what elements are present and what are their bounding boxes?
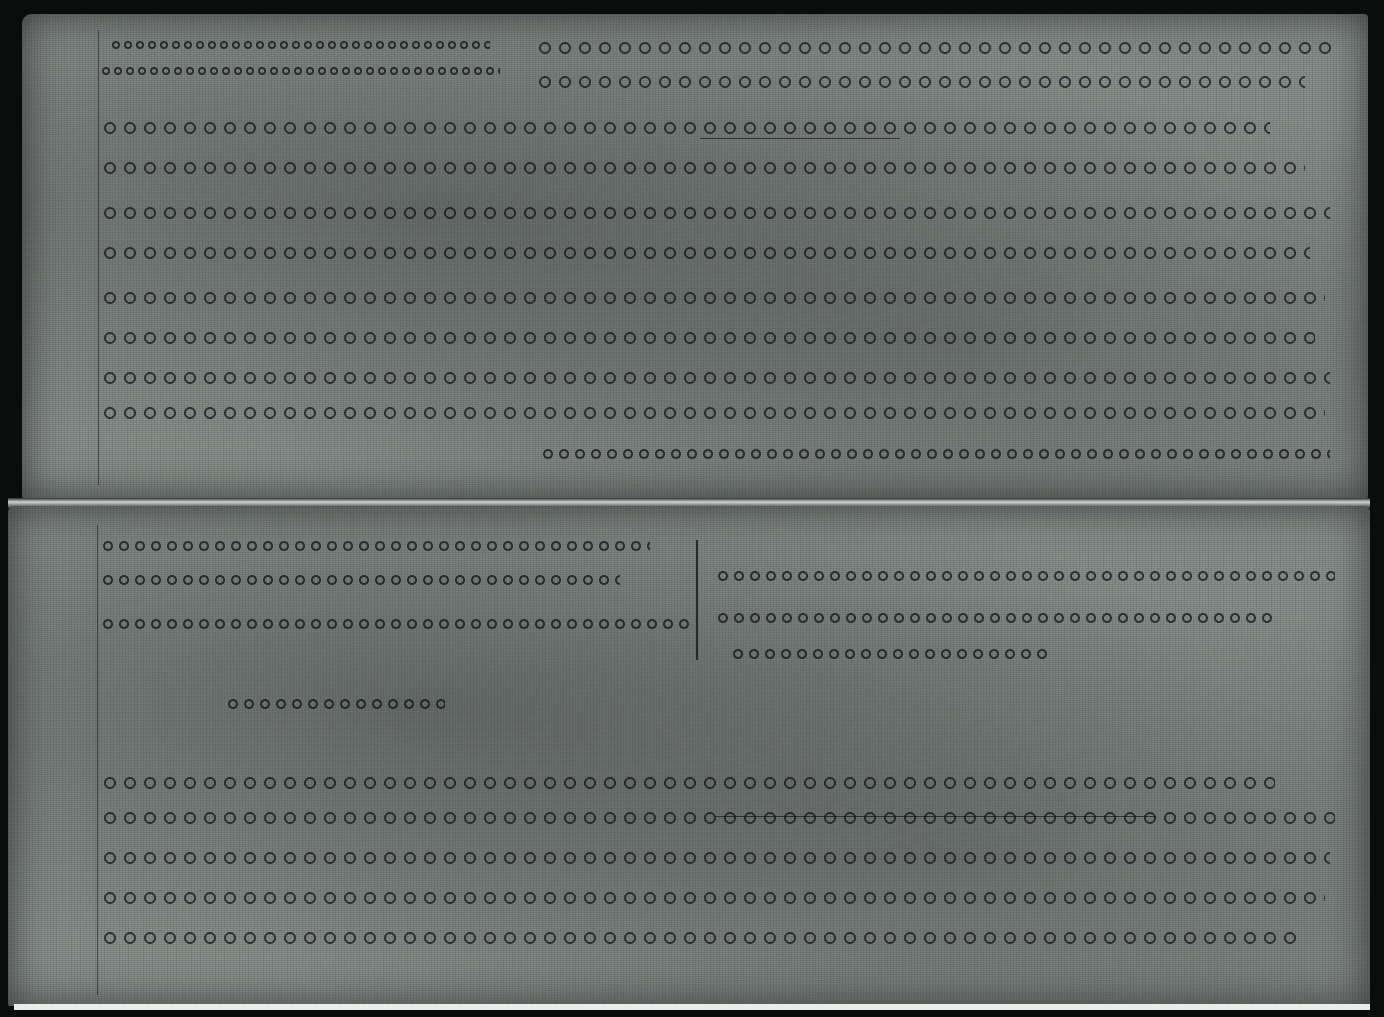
ink-strokes <box>715 571 1335 582</box>
handwritten-line: ... <box>100 610 690 638</box>
ink-strokes <box>535 75 1305 89</box>
handwritten-line: ... <box>100 532 650 560</box>
ink-strokes <box>100 891 1325 905</box>
handwritten-line: ... <box>100 920 1300 956</box>
ink-strokes <box>100 811 1335 825</box>
ink-strokes <box>540 449 1330 460</box>
handwritten-line: ... <box>100 320 1315 356</box>
ink-strokes <box>100 291 1325 305</box>
ink-strokes <box>100 619 690 630</box>
ink-strokes <box>100 371 1330 385</box>
handwritten-line: ... <box>100 800 1335 836</box>
ink-strokes <box>730 649 1050 660</box>
handwritten-line: ... <box>730 640 1050 668</box>
ink-strokes <box>100 851 1330 865</box>
ink-strokes <box>100 331 1315 345</box>
column-divider <box>696 540 698 660</box>
margin-rule-bottom <box>97 525 98 995</box>
handwritten-line: ... <box>100 880 1325 916</box>
handwritten-line: ... <box>100 235 1310 271</box>
ink-strokes <box>100 206 1330 220</box>
margin-rule-top <box>98 30 99 485</box>
page-edge <box>14 1004 1370 1010</box>
handwritten-line: ... မြို့ ... <box>100 60 500 82</box>
handwritten-line: ဗုဒ္ဓ ... မြို့ ... <box>110 34 490 56</box>
handwritten-line: ... မြို့ ... <box>535 64 1305 100</box>
ink-strokes <box>715 613 1275 624</box>
handwritten-line: ... <box>100 840 1330 876</box>
ink-strokes <box>100 406 1325 420</box>
ink-strokes <box>100 541 650 552</box>
ink-strokes <box>100 161 1305 175</box>
handwritten-line: ... ပြန်တမ်း <box>225 690 445 718</box>
handwritten-line: ... <box>100 395 1325 431</box>
handwritten-line: ... <box>100 150 1305 186</box>
handwritten-line: ... <box>100 280 1325 316</box>
handwritten-line: ဘုန်းတော်အလွန်ကြီး ... <box>100 765 1275 801</box>
handwritten-line: အမိန့်တော်ရှိသည် ... <box>100 110 1270 146</box>
handwritten-line: ... <box>100 360 1330 396</box>
handwritten-line: ... <box>715 562 1335 590</box>
handwritten-line: ... <box>100 566 620 594</box>
handwritten-line: ... <box>100 195 1330 231</box>
handwritten-line: ... <box>540 440 1330 468</box>
ink-strokes <box>100 246 1310 260</box>
handwritten-line: ... <box>715 604 1275 632</box>
ink-strokes <box>100 931 1300 945</box>
ink-strokes <box>100 575 620 586</box>
handwritten-line: ဘုန်းတော်အလွန်ကြီး မြတ်တော်မူသော ... <box>535 30 1335 66</box>
